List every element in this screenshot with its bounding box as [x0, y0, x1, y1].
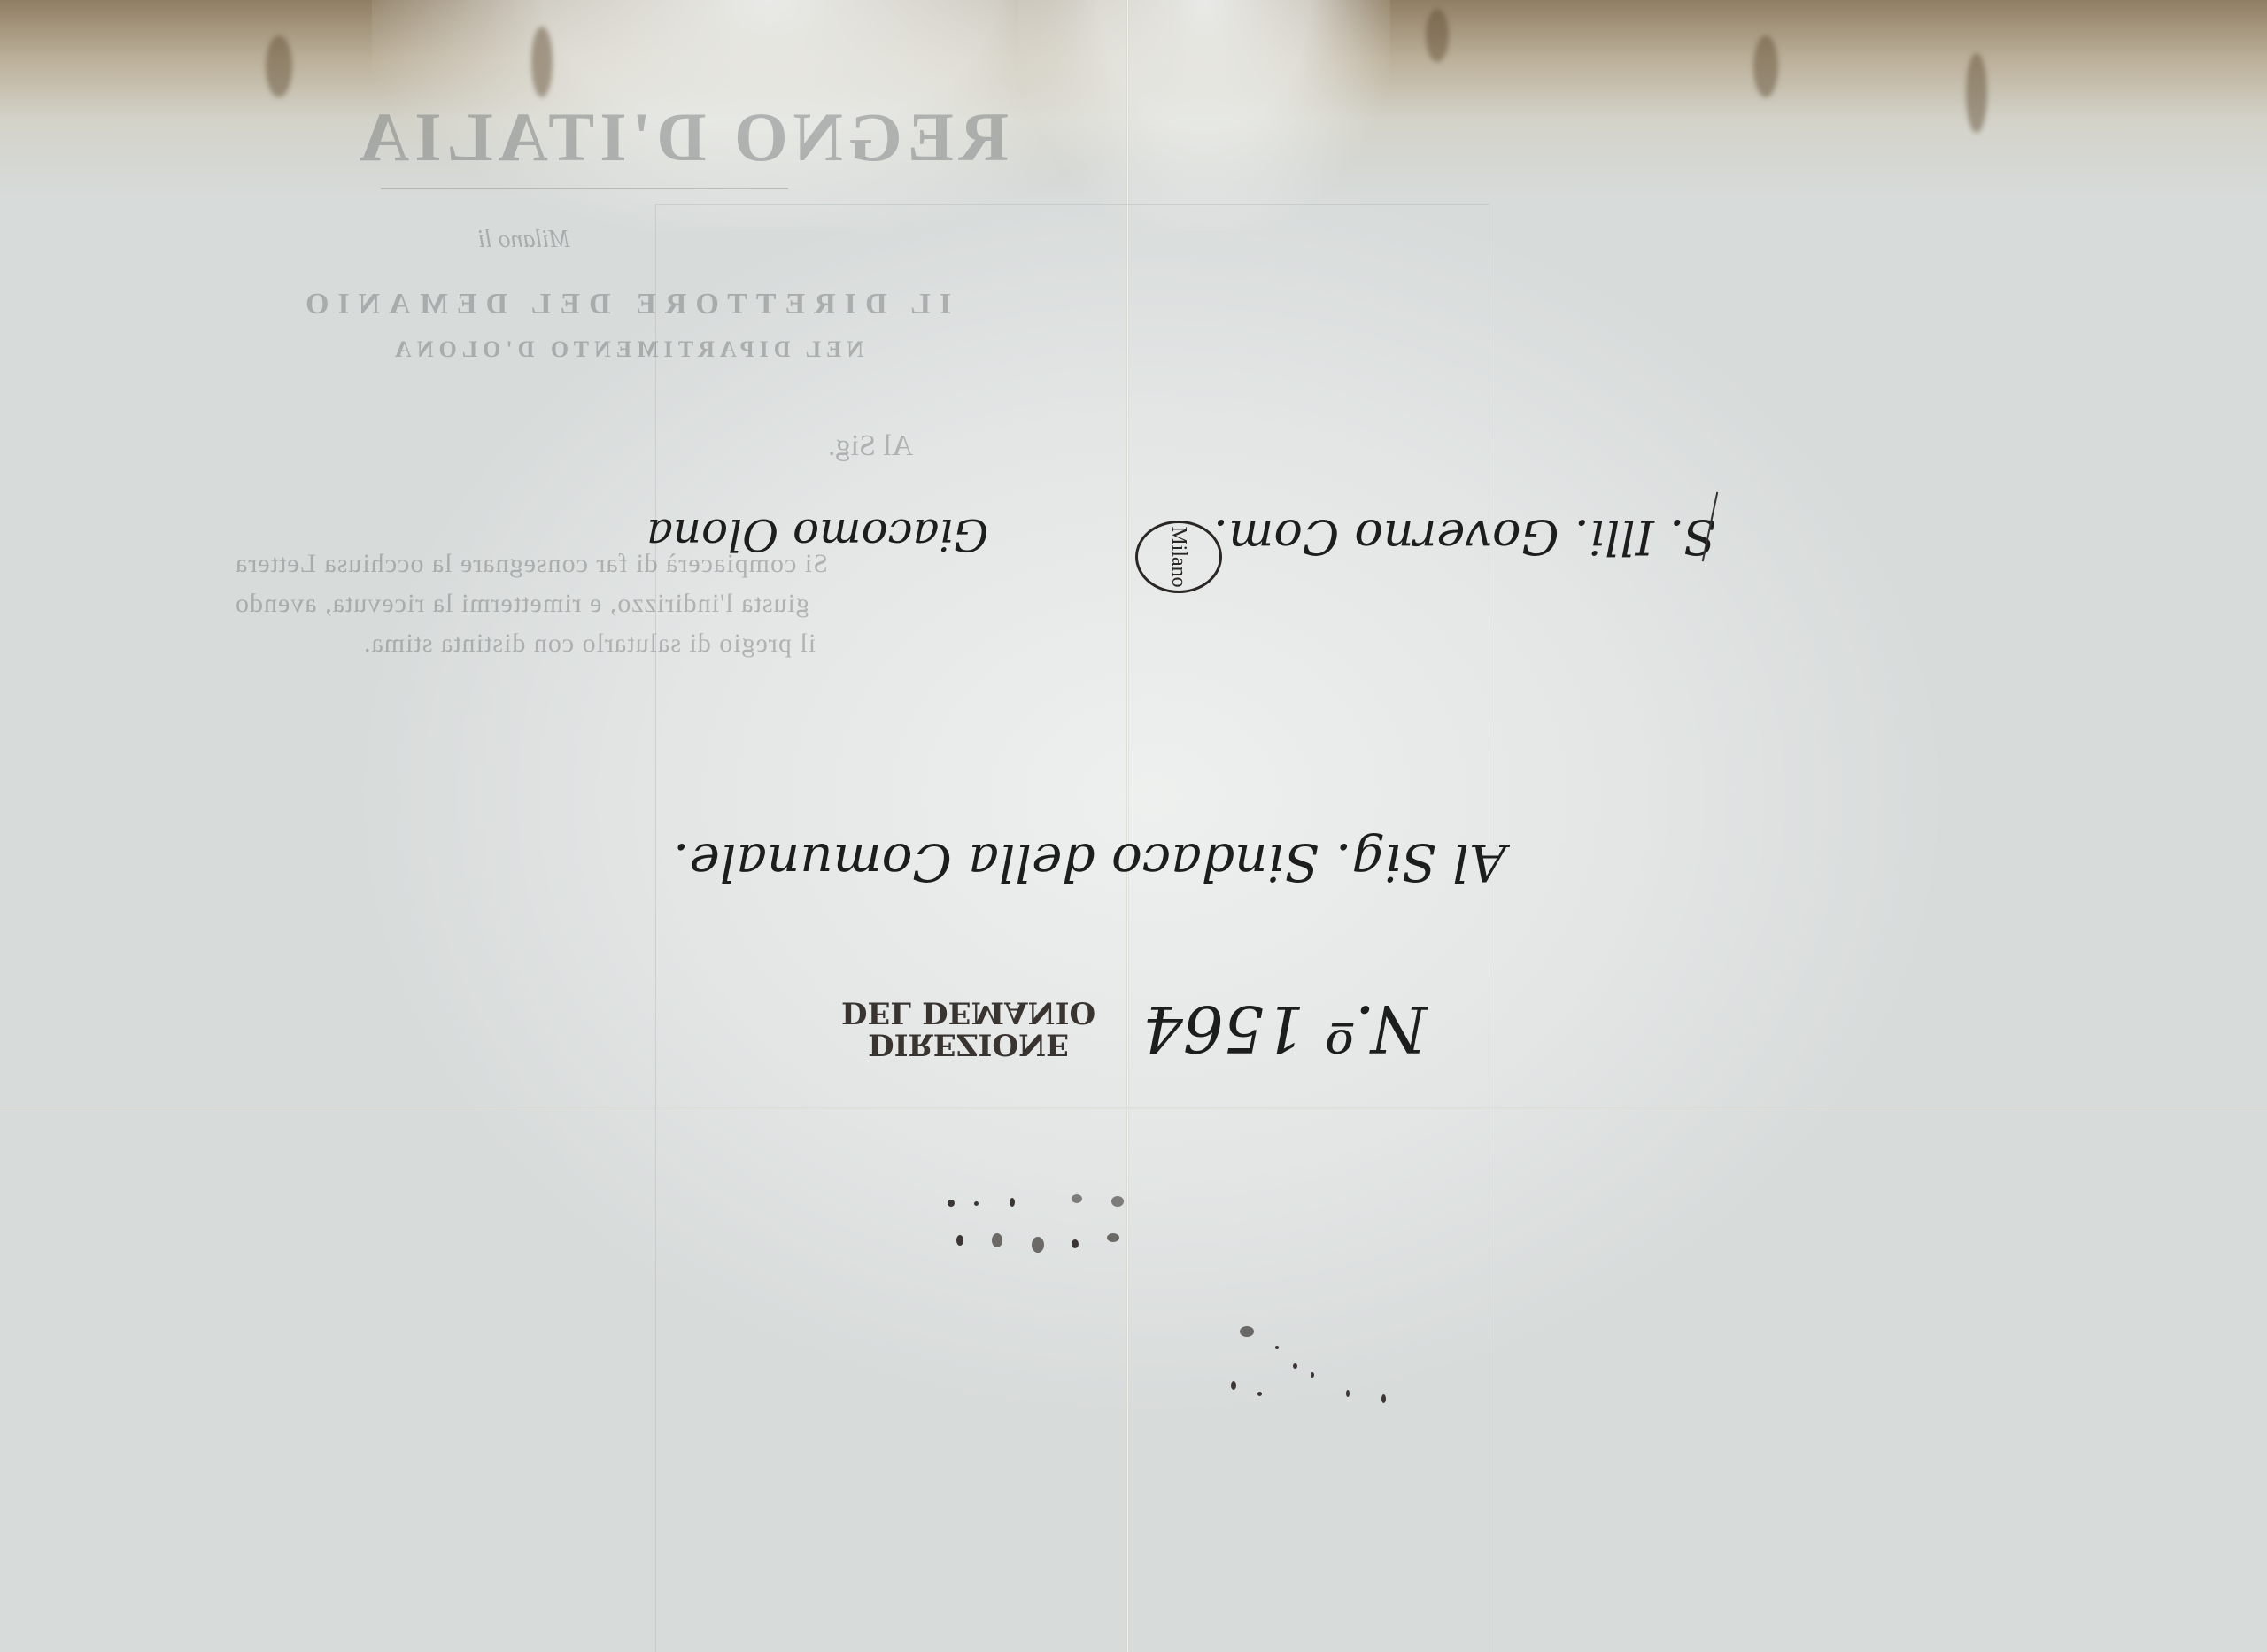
handwritten-signature: Giacomo Olona: [646, 509, 988, 560]
faint-postmark: [939, 1191, 1151, 1262]
stain-blot: [1426, 9, 1449, 62]
stain-clear-area: [1018, 0, 1390, 230]
letterhead-office-1: IL DIRETTORE DEL DEMANIO: [297, 288, 951, 321]
handwritten-address-top: S. Illi. Governo Com.: [1213, 509, 1715, 565]
letterhead-salutation: Al Sig.: [828, 429, 913, 463]
letterhead-body-line: giusta l'indirizzo, e rimettermi la rice…: [235, 589, 809, 619]
stain-blot: [531, 27, 553, 97]
letterhead-place: Milano li: [478, 226, 569, 254]
inner-panel-outline: [655, 204, 1489, 1652]
letter-sheet: REGNO D'ITALIA Milano li IL DIRETTORE DE…: [0, 0, 2267, 1652]
office-stamp-line-2: DEL DEMANIO: [841, 996, 1095, 1028]
letterhead-body-line: il pregio di salutarlo con distinta stim…: [363, 629, 816, 659]
letterhead-rule: [381, 188, 788, 189]
faint-postmark: [1222, 1319, 1417, 1417]
office-stamp-line-1: DIREZIONE: [841, 1028, 1095, 1060]
office-stamp: DIREZIONE DEL DEMANIO: [841, 996, 1095, 1059]
stain-blot: [1966, 53, 1987, 133]
stain-blot: [266, 35, 292, 97]
handwritten-recipient: Al Sig. Sindaco della Comunale.: [673, 832, 1506, 892]
stain-blot: [1753, 35, 1778, 97]
letterhead-office-2: NEL DIPARTIMENTO D'OLONA: [390, 336, 863, 363]
seal-text: Milano: [1167, 526, 1191, 587]
handwritten-number: N.º 1564: [1142, 992, 1427, 1066]
postal-seal-stamp: Milano: [1135, 521, 1222, 593]
letterhead-title: REGNO D'ITALIA: [354, 97, 1009, 177]
